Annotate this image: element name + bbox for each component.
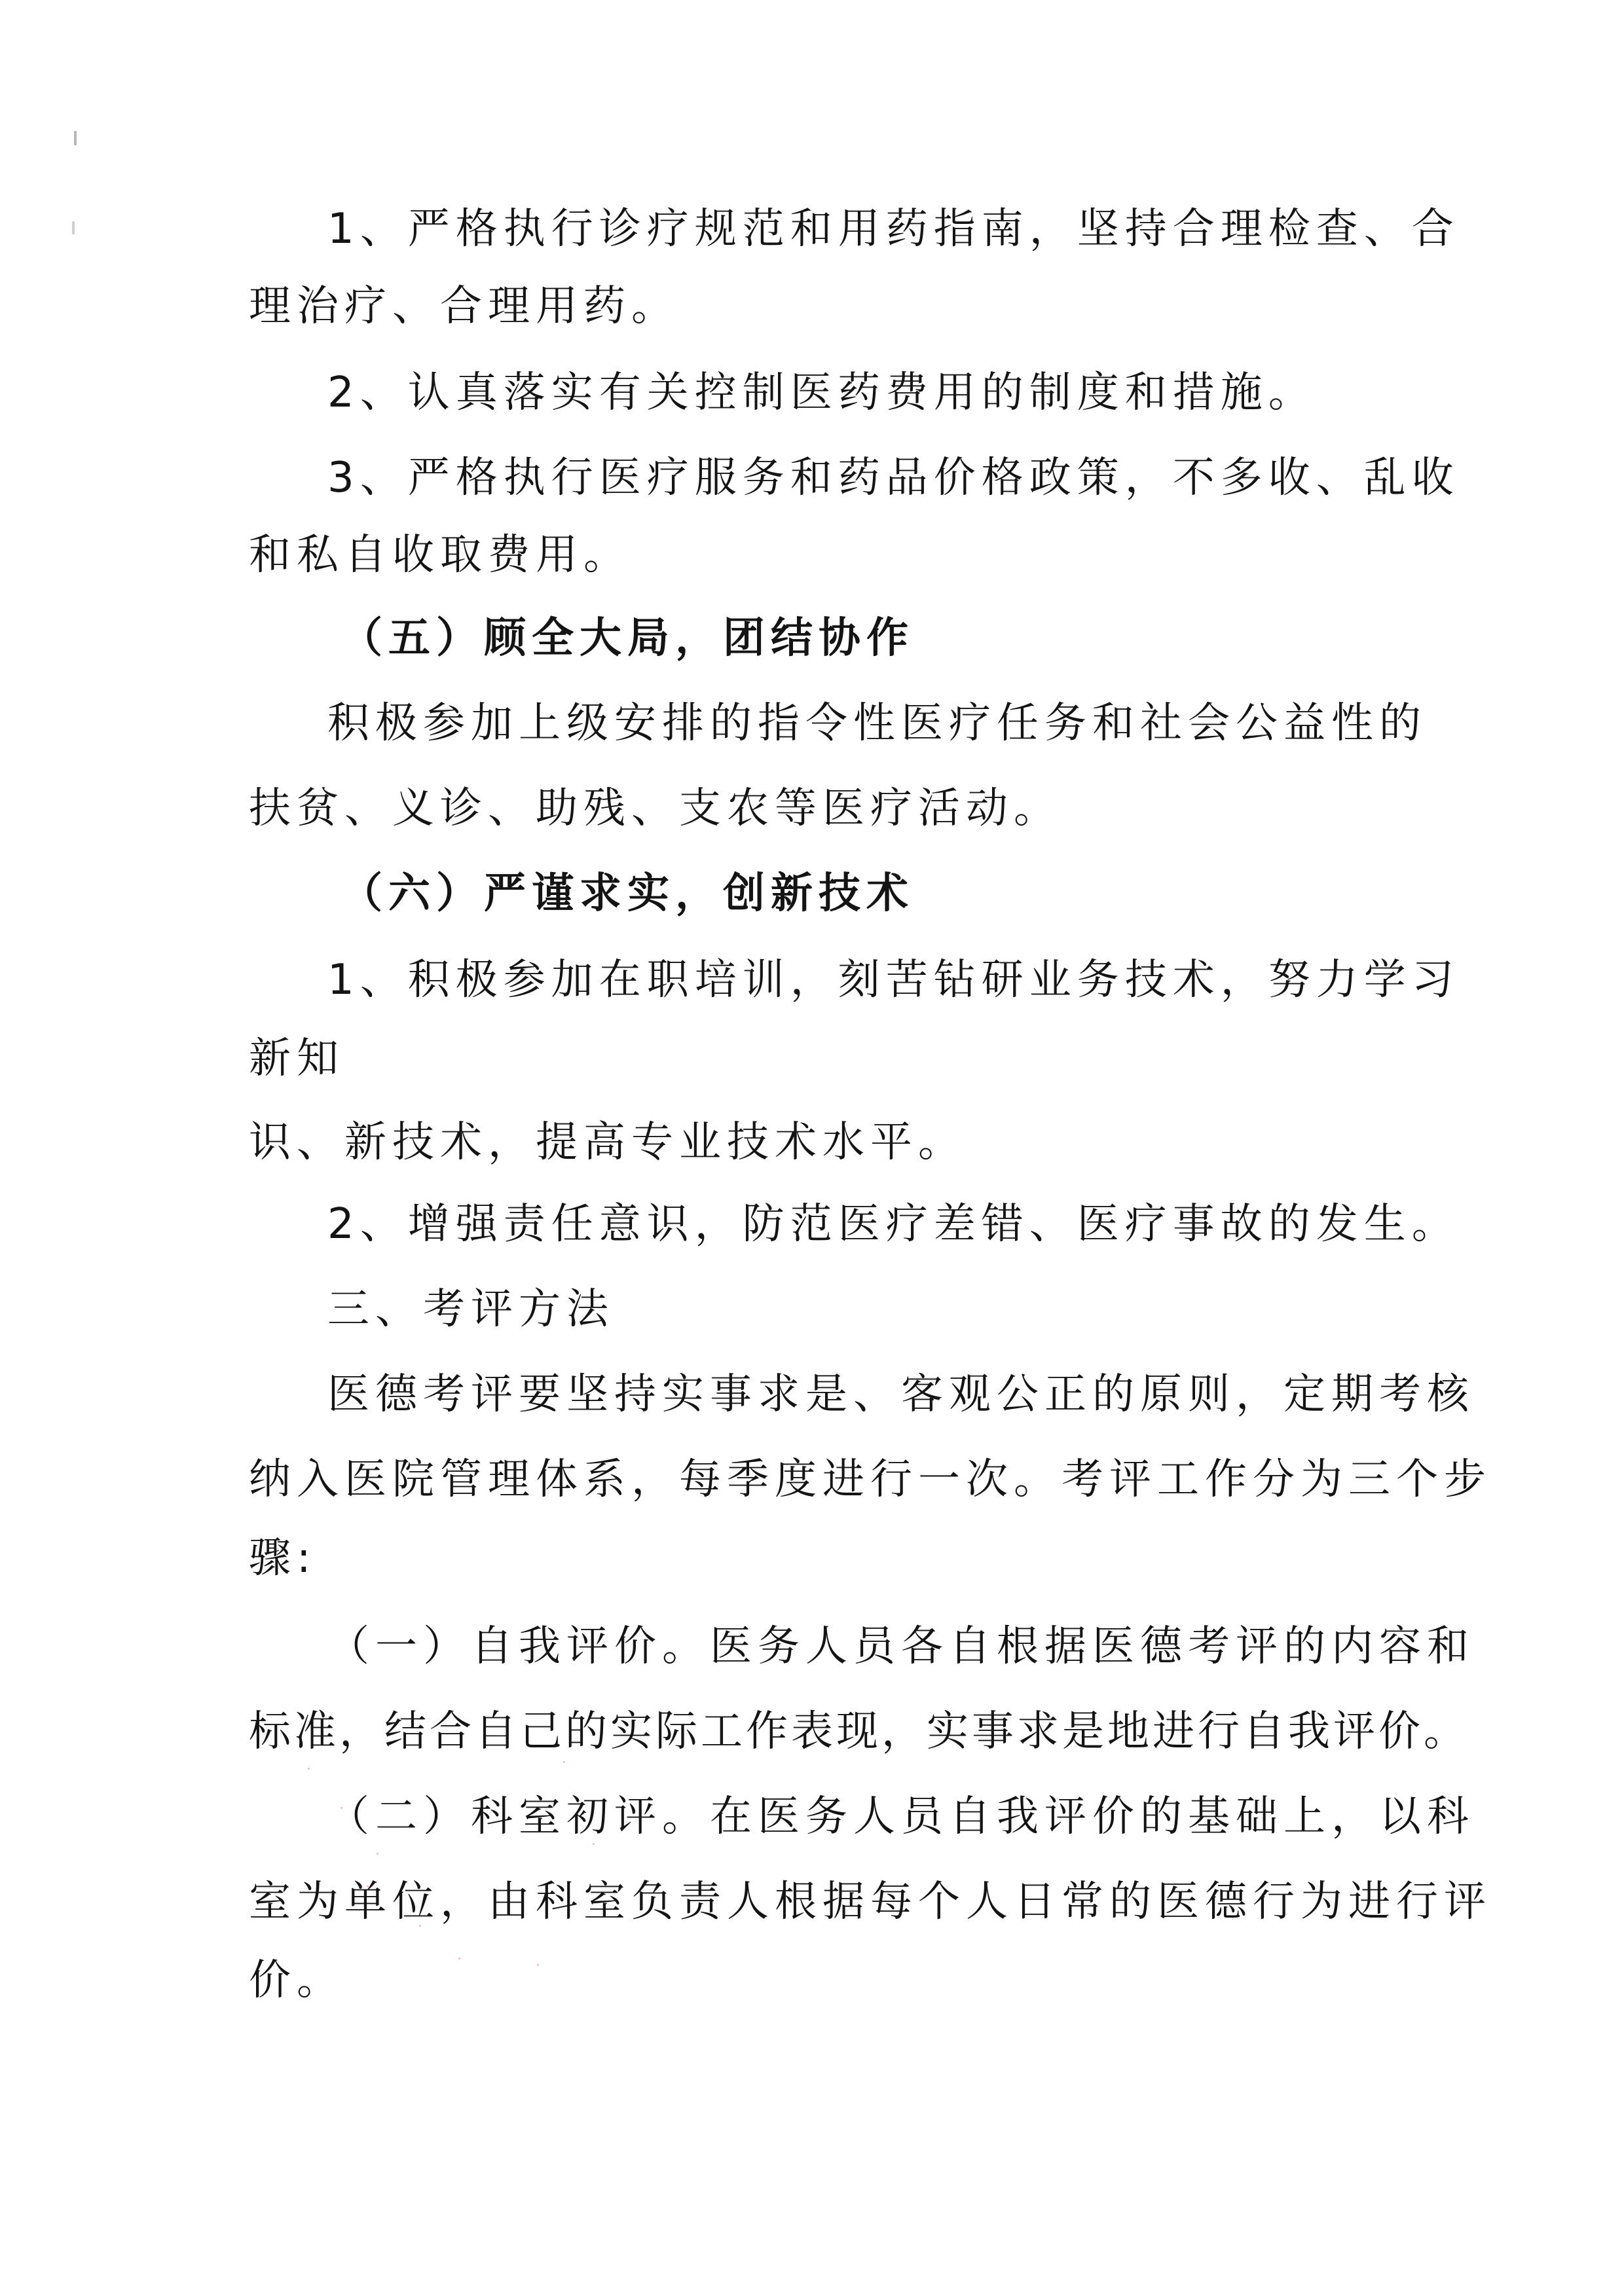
stamp-residue	[593, 1843, 595, 1845]
stamp-residue	[458, 1958, 460, 1959]
paragraph-line: （一）自我评价。医务人员各自根据医德考评的内容和	[327, 1620, 1475, 1673]
stamp-residue	[537, 1964, 539, 1966]
section-heading: （五）顾全大局，团结协作	[341, 612, 914, 665]
paragraph-line: 新知	[249, 1032, 344, 1085]
scan-mark	[72, 221, 75, 234]
section-heading: （六）严谨求实，创新技术	[341, 867, 914, 920]
paragraph-line: 1、严格执行诊疗规范和用药指南，坚持合理检查、合	[327, 203, 1460, 255]
scan-mark	[74, 131, 77, 145]
section-title: 三、考评方法	[327, 1283, 614, 1336]
paragraph-line: 纳入医院管理体系，每季度进行一次。考评工作分为三个步	[249, 1453, 1492, 1506]
paragraph-line: 积极参加上级安排的指令性医疗任务和社会公益性的	[327, 697, 1427, 750]
paragraph-line: 室为单位，由科室负责人根据每个人日常的医德行为进行评	[249, 1876, 1492, 1928]
paragraph-line: 3、严格执行医疗服务和药品价格政策，不多收、乱收	[327, 452, 1460, 504]
paragraph-line: 扶贫、义诊、助残、支农等医疗活动。	[249, 782, 1061, 835]
stamp-residue	[377, 1853, 378, 1855]
paragraph-line: 2、增强责任意识，防范医疗差错、医疗事故的发生。	[327, 1198, 1460, 1250]
paragraph-line: 理治疗、合理用药。	[249, 280, 679, 333]
stamp-residue	[563, 1761, 565, 1763]
paragraph-line: 识、新技术，提高专业技术水平。	[249, 1116, 966, 1169]
paragraph-line: （二）科室初评。在医务人员自我评价的基础上，以科	[327, 1791, 1475, 1843]
paragraph-line: 和私自收取费用。	[249, 529, 631, 581]
paragraph-line: 1、积极参加在职培训，刻苦钻研业务技术，努力学习	[327, 954, 1460, 1006]
paragraph-line: 骤:	[249, 1532, 317, 1584]
paragraph-line: 价。	[249, 1954, 344, 2007]
stamp-residue	[308, 1768, 310, 1770]
paragraph-line: 标准，结合自己的实际工作表现，实事求是地进行自我评价。	[249, 1705, 1469, 1758]
document-page: 1、严格执行诊疗规范和用药指南，坚持合理检查、合 理治疗、合理用药。 2、认真落…	[0, 0, 1624, 2296]
paragraph-line: 2、认真落实有关控制医药费用的制度和措施。	[327, 367, 1316, 419]
paragraph-line: 医德考评要坚持实事求是、客观公正的原则，定期考核	[327, 1368, 1475, 1421]
